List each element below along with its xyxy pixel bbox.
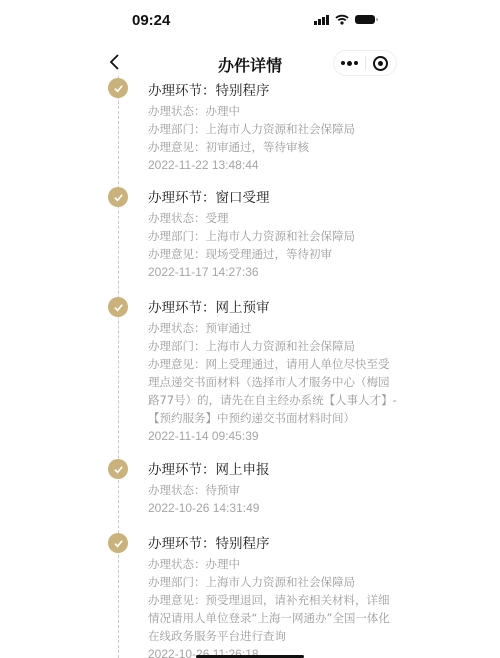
step-label: 办理环节： — [148, 462, 216, 478]
step-details: 办理状态：办理中 办理部门：上海市人力资源和社会保障局 办理意见：初审通过，等待… — [148, 102, 398, 174]
dept-value: 上海市人力资源和社会保障局 — [206, 337, 399, 355]
status-label: 办理状态： — [148, 209, 206, 227]
step-timestamp: 2022-11-17 14:27:36 — [148, 263, 398, 281]
step-timestamp: 2022-11-22 13:48:44 — [148, 156, 398, 174]
system-icons — [314, 14, 375, 25]
step-title: 办理环节：窗口受理 — [148, 186, 270, 206]
step-timestamp: 2022-11-14 09:45:39 — [148, 427, 398, 445]
progress-timeline[interactable]: 办理环节：特别程序 办理状态：办理中 办理部门：上海市人力资源和社会保障局 办理… — [0, 76, 500, 658]
status-value: 待预审 — [206, 481, 399, 499]
step-timestamp: 2022-10-26 14:31:49 — [148, 499, 398, 517]
step-details: 办理状态：待预审 2022-10-26 14:31:49 — [148, 481, 398, 517]
check-circle-icon — [108, 459, 128, 479]
step-label: 办理环节： — [148, 300, 216, 316]
more-button[interactable] — [334, 51, 365, 75]
dept-value: 上海市人力资源和社会保障局 — [206, 227, 399, 245]
dept-label: 办理部门： — [148, 573, 206, 591]
status-value: 预审通过 — [206, 319, 399, 337]
step-title: 办理环节：特别程序 — [148, 532, 270, 552]
status-label: 办理状态： — [148, 555, 206, 573]
timeline-dashed-line — [118, 76, 119, 658]
dept-value: 上海市人力资源和社会保障局 — [206, 120, 399, 138]
step-details: 办理状态：预审通过 办理部门：上海市人力资源和社会保障局 办理意见：网上受理通过… — [148, 319, 398, 445]
step-name: 网上申报 — [216, 462, 270, 478]
step-name: 窗口受理 — [216, 190, 270, 206]
status-value: 办理中 — [206, 102, 399, 120]
dept-label: 办理部门： — [148, 227, 206, 245]
dept-value: 上海市人力资源和社会保障局 — [206, 573, 399, 591]
dept-label: 办理部门： — [148, 120, 206, 138]
check-circle-icon — [108, 297, 128, 317]
mini-program-capsule — [333, 50, 397, 76]
step-details: 办理状态：受理 办理部门：上海市人力资源和社会保障局 办理意见：现场受理通过，等… — [148, 209, 398, 281]
step-label: 办理环节： — [148, 536, 216, 552]
step-name: 特别程序 — [216, 536, 270, 552]
status-time: 09:24 — [132, 12, 170, 29]
opinion-label: 办理意见： — [148, 593, 206, 607]
step-label: 办理环节： — [148, 190, 216, 206]
step-title: 办理环节：网上预审 — [148, 296, 270, 316]
signal-icon — [314, 15, 329, 25]
check-circle-icon — [108, 78, 128, 98]
nav-bar: 办件详情 — [0, 46, 500, 80]
step-details: 办理状态：办理中 办理部门：上海市人力资源和社会保障局 办理意见：预受理退回，请… — [148, 555, 398, 658]
status-label: 办理状态： — [148, 102, 206, 120]
opinion-value: 现场受理通过，等待初审 — [206, 245, 399, 263]
status-bar: 09:24 — [0, 0, 500, 44]
more-dots-icon — [354, 61, 358, 65]
step-name: 特别程序 — [216, 83, 270, 99]
opinion-label: 办理意见： — [148, 138, 206, 156]
battery-icon — [355, 15, 375, 24]
opinion-value: 初审通过，等待审核 — [206, 138, 399, 156]
status-value: 办理中 — [206, 555, 399, 573]
step-name: 网上预审 — [216, 300, 270, 316]
step-title: 办理环节：特别程序 — [148, 79, 270, 99]
target-circle-icon — [373, 56, 388, 71]
more-dots-icon — [341, 61, 345, 65]
more-dots-icon — [347, 61, 352, 66]
step-title: 办理环节：网上申报 — [148, 458, 270, 478]
check-circle-icon — [108, 533, 128, 553]
close-button[interactable] — [365, 51, 396, 75]
dept-label: 办理部门： — [148, 337, 206, 355]
wifi-icon — [335, 14, 349, 25]
status-label: 办理状态： — [148, 481, 206, 499]
page-title: 办件详情 — [0, 53, 500, 76]
opinion-label: 办理意见： — [148, 357, 206, 371]
check-circle-icon — [108, 187, 128, 207]
opinion-label: 办理意见： — [148, 245, 206, 263]
status-value: 受理 — [206, 209, 399, 227]
status-label: 办理状态： — [148, 319, 206, 337]
step-label: 办理环节： — [148, 83, 216, 99]
